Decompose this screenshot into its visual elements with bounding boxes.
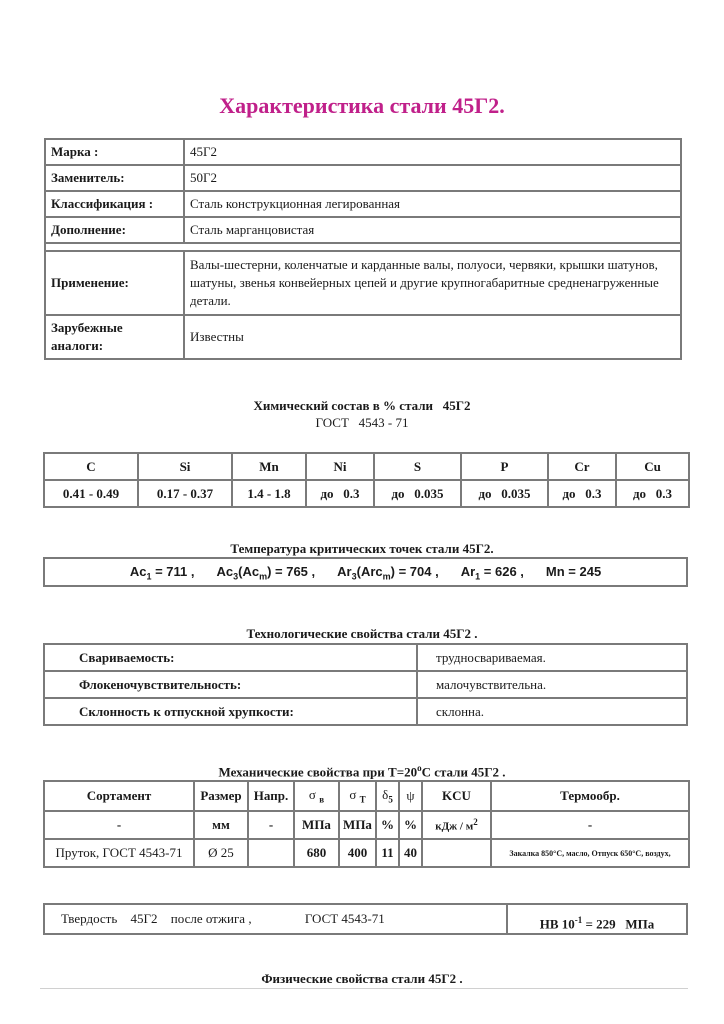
label-weldability: Свариваемость: [44,644,417,671]
critical-point-4: Mn = 245 [546,564,601,579]
value-weldability: трудносвариваемая. [417,644,687,671]
physical-properties-title: Физические свойства стали 45Г2 . [0,971,724,987]
header-sigma-b: σ в [294,781,339,811]
critical-points-box: Ac1 = 711 ,Ac3(Acm) = 765 ,Ar3(Arcm) = 7… [43,557,688,587]
label-grade: Марка : [45,139,184,165]
header-kcu: KCU [422,781,491,811]
chem-value-c: 0.41 - 0.49 [44,480,138,507]
steel-info-table: Марка : 45Г2 Заменитель: 50Г2 Классифика… [44,138,682,360]
chemistry-title: Химический состав в % стали 45Г2 [0,398,724,414]
chem-header-si: Si [138,453,232,480]
header-sigma-t: σ T [339,781,376,811]
sigma-symbol: σ [349,787,356,802]
label-application: Применение: [45,251,184,315]
label-flake-sensitivity: Флокеночувствительность: [44,671,417,698]
hardness-value: HB 10-1 = 229 МПа [508,905,686,933]
table-row: Дополнение: Сталь марганцовистая [45,217,681,243]
unit-treatment: - [491,811,689,839]
label-foreign-analogs: Зарубежные аналоги: [45,315,184,359]
unit-direction: - [248,811,294,839]
value-application: Валы-шестерни, коленчатые и карданные ва… [184,251,681,315]
label-temper-brittleness: Склонность к отпускной хрупкости: [44,698,417,725]
cell-direction [248,839,294,867]
header-psi: ψ [399,781,422,811]
cell-sigma-t: 400 [339,839,376,867]
page-title: Характеристика стали 45Г2. [0,93,724,119]
critical-points-title: Температура критических точек стали 45Г2… [0,541,724,557]
chemistry-value-row: 0.41 - 0.490.17 - 0.371.4 - 1.8до 0.3до … [44,480,689,507]
mechanical-header-row: Сортамент Размер Напр. σ в σ T δ5 ψ KCU … [44,781,689,811]
spacer-cell [45,243,681,251]
header-size: Размер [194,781,248,811]
chem-header-cr: Cr [548,453,616,480]
label-classification: Классификация : [45,191,184,217]
chem-header-ni: Ni [306,453,374,480]
mechanical-title-post: С стали 45Г2 . [422,764,506,779]
value-temper-brittleness: склонна. [417,698,687,725]
value-classification: Сталь конструкционная легированная [184,191,681,217]
label-addition: Дополнение: [45,217,184,243]
unit-psi: % [399,811,422,839]
header-delta: δ5 [376,781,399,811]
chem-header-cu: Cu [616,453,689,480]
cell-size: Ø 25 [194,839,248,867]
hardness-standard: ГОСТ 4543-71 [305,911,385,926]
chem-value-si: 0.17 - 0.37 [138,480,232,507]
critical-point-3: Ar1 = 626 , [461,564,524,579]
mechanical-data-row: Пруток, ГОСТ 4543-71 Ø 25 680 400 11 40 … [44,839,689,867]
table-row: Свариваемость: трудносвариваемая. [44,644,687,671]
hardness-value-pre: HB 10 [540,916,575,931]
section-divider [40,988,688,989]
table-row: Классификация : Сталь конструкционная ле… [45,191,681,217]
chem-value-cr: до 0.3 [548,480,616,507]
chem-value-mn: 1.4 - 1.8 [232,480,306,507]
header-direction: Напр. [248,781,294,811]
table-row: Заменитель: 50Г2 [45,165,681,191]
hardness-value-post: = 229 МПа [586,916,655,931]
cell-sigma-b: 680 [294,839,339,867]
chem-header-mn: Mn [232,453,306,480]
cell-treatment: Закалка 850°С, масло, Отпуск 650°С, возд… [491,839,689,867]
hardness-label: Твердость [61,911,117,926]
chemistry-table: CSiMnNiSPCrCu 0.41 - 0.490.17 - 0.371.4 … [43,452,690,508]
table-row: Зарубежные аналоги: Известны [45,315,681,359]
table-row: Склонность к отпускной хрупкости: склонн… [44,698,687,725]
hardness-condition: после отжига , [171,911,252,926]
cell-psi: 40 [399,839,422,867]
unit-sortament: - [44,811,194,839]
chemistry-header-row: CSiMnNiSPCrCu [44,453,689,480]
mechanical-units-row: - мм - МПа МПа % % кДж / м2 - [44,811,689,839]
kcu-unit-sup: 2 [473,817,478,827]
delta-sub: 5 [388,795,393,805]
hardness-value-sup: -1 [575,915,583,925]
critical-point-2: Ar3(Arcm) = 704 , [337,564,439,579]
value-foreign-analogs: Известны [184,315,681,359]
sigma-symbol: σ [309,787,316,802]
sigma-b-sub: в [319,795,324,805]
kcu-unit-text: кДж / м [435,821,473,833]
unit-kcu: кДж / м2 [422,811,491,839]
unit-delta: % [376,811,399,839]
value-grade: 45Г2 [184,139,681,165]
unit-sigma-t: МПа [339,811,376,839]
label-substitute: Заменитель: [45,165,184,191]
chem-header-s: S [374,453,461,480]
cell-sortament: Пруток, ГОСТ 4543-71 [44,839,194,867]
hardness-description: Твердость 45Г2 после отжига , ГОСТ 4543-… [45,905,508,933]
hardness-grade: 45Г2 [131,911,158,926]
header-sortament: Сортамент [44,781,194,811]
chem-value-ni: до 0.3 [306,480,374,507]
cell-kcu [422,839,491,867]
mechanical-properties-table: Сортамент Размер Напр. σ в σ T δ5 ψ KCU … [43,780,690,868]
table-row: Применение: Валы-шестерни, коленчатые и … [45,251,681,315]
mechanical-title-pre: Механические свойства при Т=20 [219,764,418,779]
sigma-t-sub: T [360,795,366,805]
chem-value-cu: до 0.3 [616,480,689,507]
unit-sigma-b: МПа [294,811,339,839]
table-row: Марка : 45Г2 [45,139,681,165]
unit-size: мм [194,811,248,839]
critical-point-0: Ac1 = 711 , [130,564,195,579]
chem-value-s: до 0.035 [374,480,461,507]
tech-properties-table: Свариваемость: трудносвариваемая. Флокен… [43,643,688,726]
tech-properties-title: Технологические свойства стали 45Г2 . [0,626,724,642]
chem-header-c: C [44,453,138,480]
critical-point-1: Ac3(Acm) = 765 , [216,564,315,579]
hardness-box: Твердость 45Г2 после отжига , ГОСТ 4543-… [43,903,688,935]
table-spacer-row [45,243,681,251]
value-addition: Сталь марганцовистая [184,217,681,243]
mechanical-title: Механические свойства при Т=20oС стали 4… [0,763,724,780]
value-substitute: 50Г2 [184,165,681,191]
value-flake-sensitivity: малочувствительна. [417,671,687,698]
header-treatment: Термообр. [491,781,689,811]
chemistry-standard: ГОСТ 4543 - 71 [0,415,724,431]
chem-header-p: P [461,453,548,480]
table-row: Флокеночувствительность: малочувствитель… [44,671,687,698]
chem-value-p: до 0.035 [461,480,548,507]
cell-delta: 11 [376,839,399,867]
